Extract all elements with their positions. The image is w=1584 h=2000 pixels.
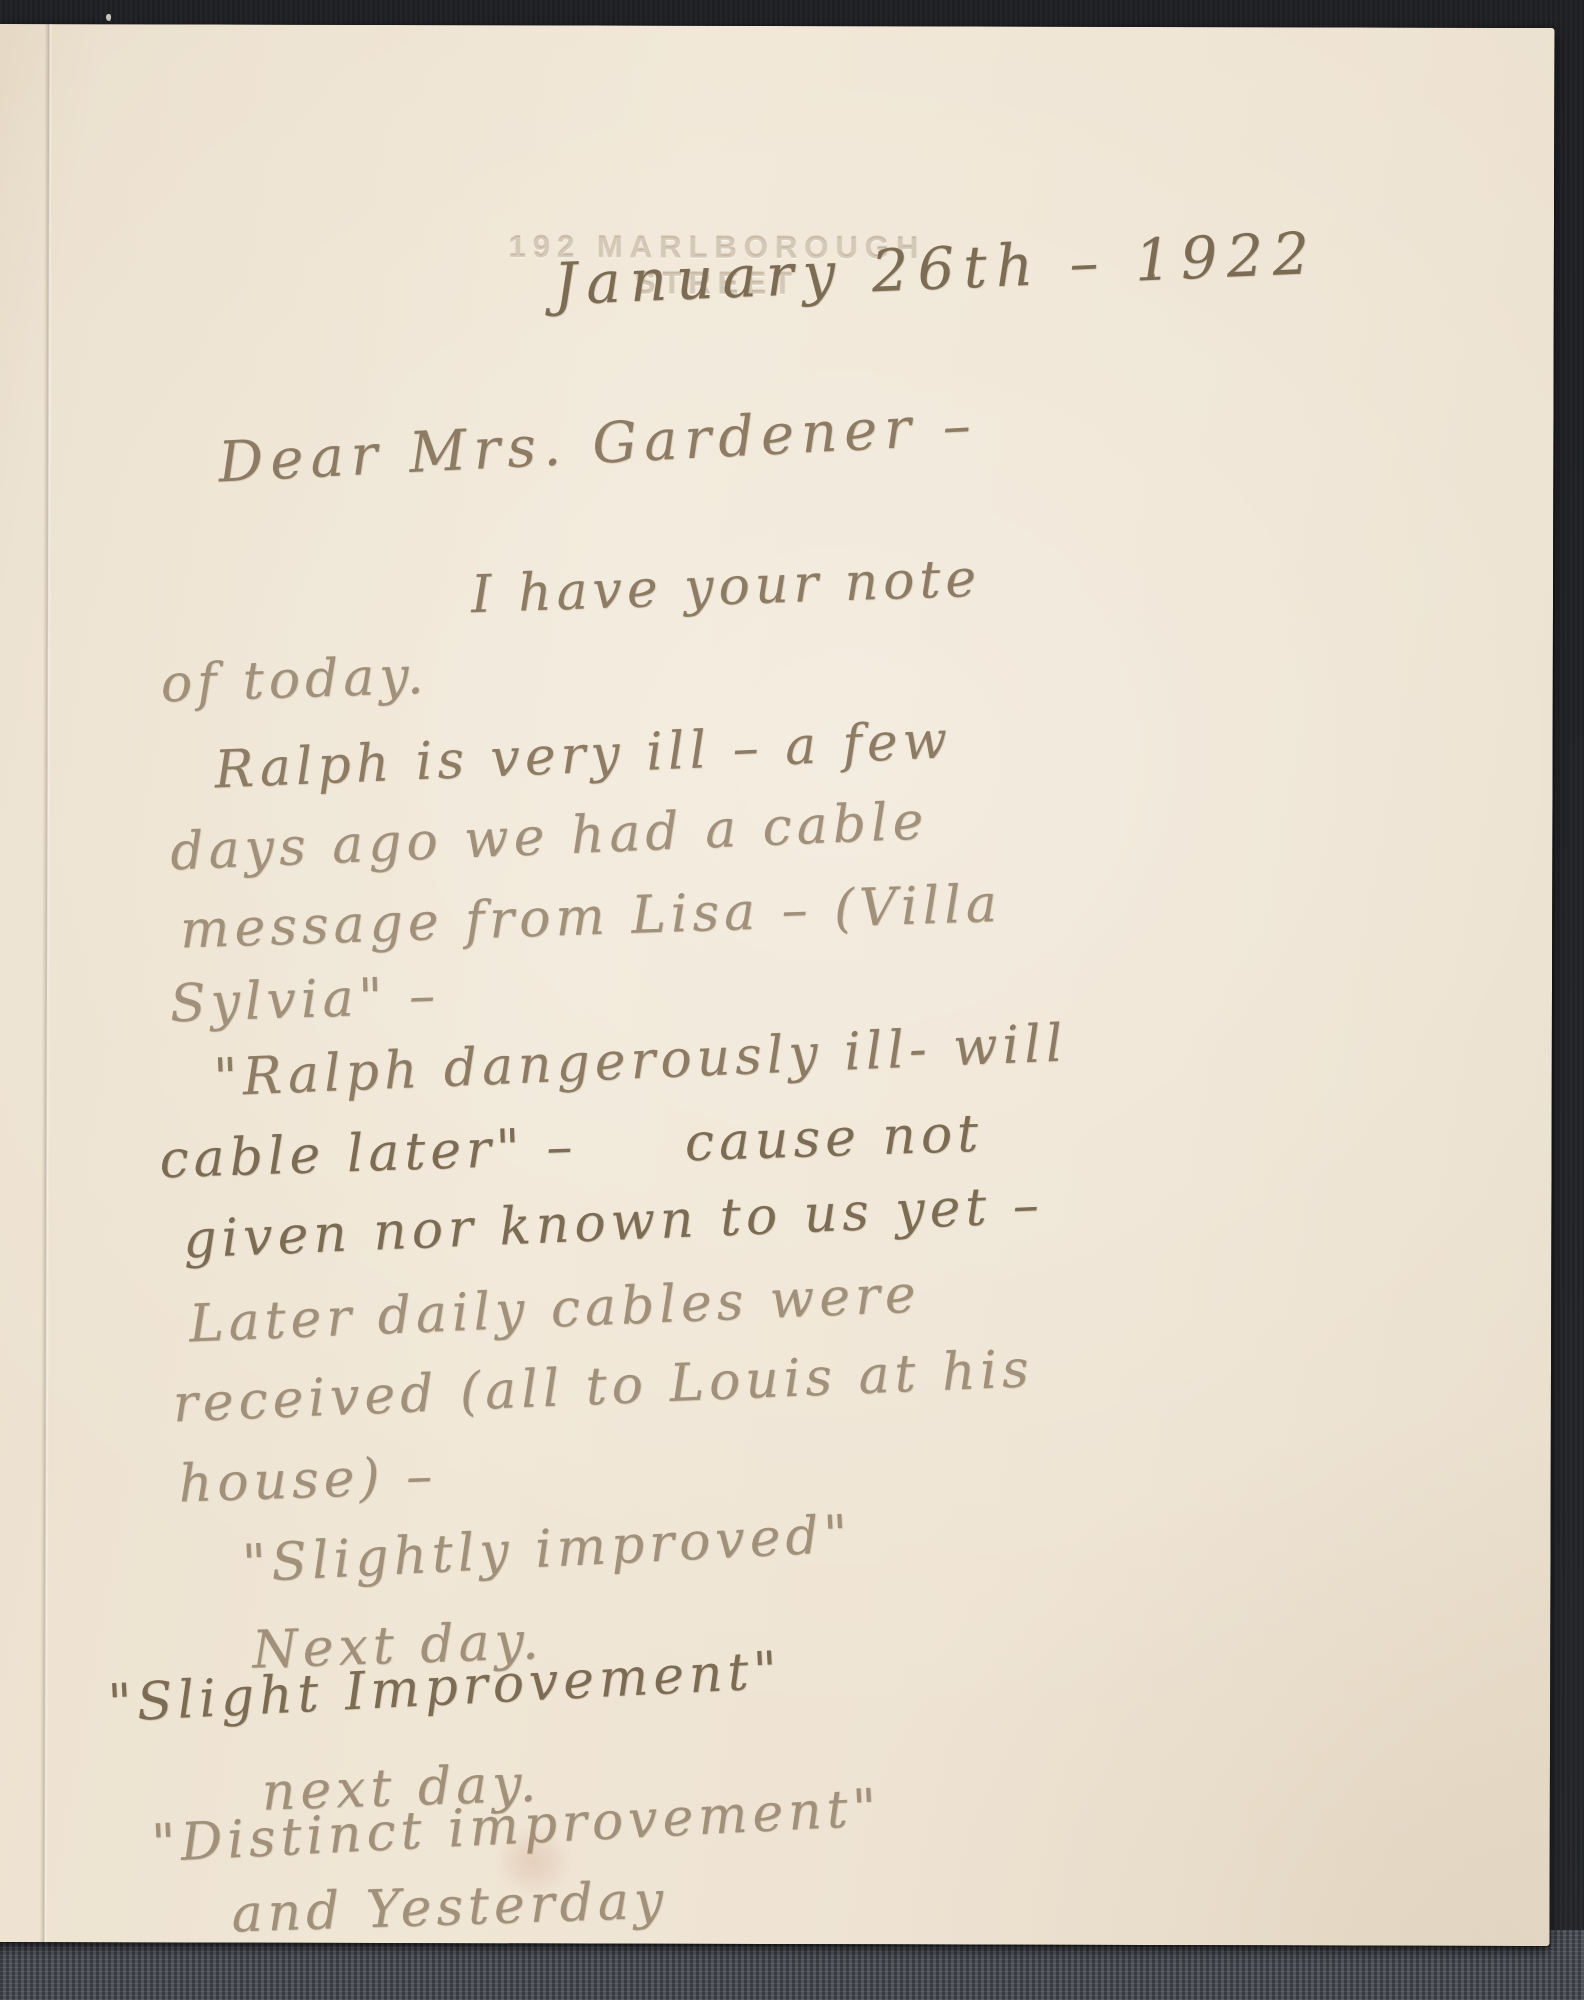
dust-speck bbox=[106, 14, 111, 21]
body-line: of today. bbox=[160, 648, 429, 714]
ink-speck bbox=[1150, 273, 1155, 278]
body-line: I have your note bbox=[470, 551, 982, 625]
body-line: Later daily cables were bbox=[188, 1266, 922, 1353]
photo-stage: 192 MARLBOROUGH STREET January 26th – 19… bbox=[0, 0, 1584, 2000]
salutation-line: Dear Mrs. Gardener – bbox=[217, 395, 979, 494]
cable-quote-line: "Slightly improved" bbox=[241, 1506, 854, 1593]
body-line: given nor known to us yet – bbox=[182, 1177, 1045, 1269]
body-line: house) – bbox=[178, 1448, 438, 1514]
body-line: message from Lisa – (Villa bbox=[179, 876, 1002, 960]
body-line: Ralph is very ill – a few bbox=[213, 712, 953, 799]
body-line: days ago we had a cable bbox=[169, 793, 929, 881]
body-line: Sylvia" – bbox=[169, 968, 441, 1034]
body-line: received (all to Louis at his bbox=[172, 1341, 1035, 1433]
body-line: and Yesterday bbox=[231, 1873, 669, 1944]
paper-fold-crease bbox=[39, 24, 52, 1942]
letter-paper: 192 MARLBOROUGH STREET January 26th – 19… bbox=[0, 24, 1555, 1946]
paper-stain bbox=[495, 1825, 573, 1897]
cable-quote-line: "Ralph dangerously ill- will bbox=[213, 1016, 1069, 1108]
cable-quote-line: cable later" – cause not bbox=[159, 1106, 984, 1190]
